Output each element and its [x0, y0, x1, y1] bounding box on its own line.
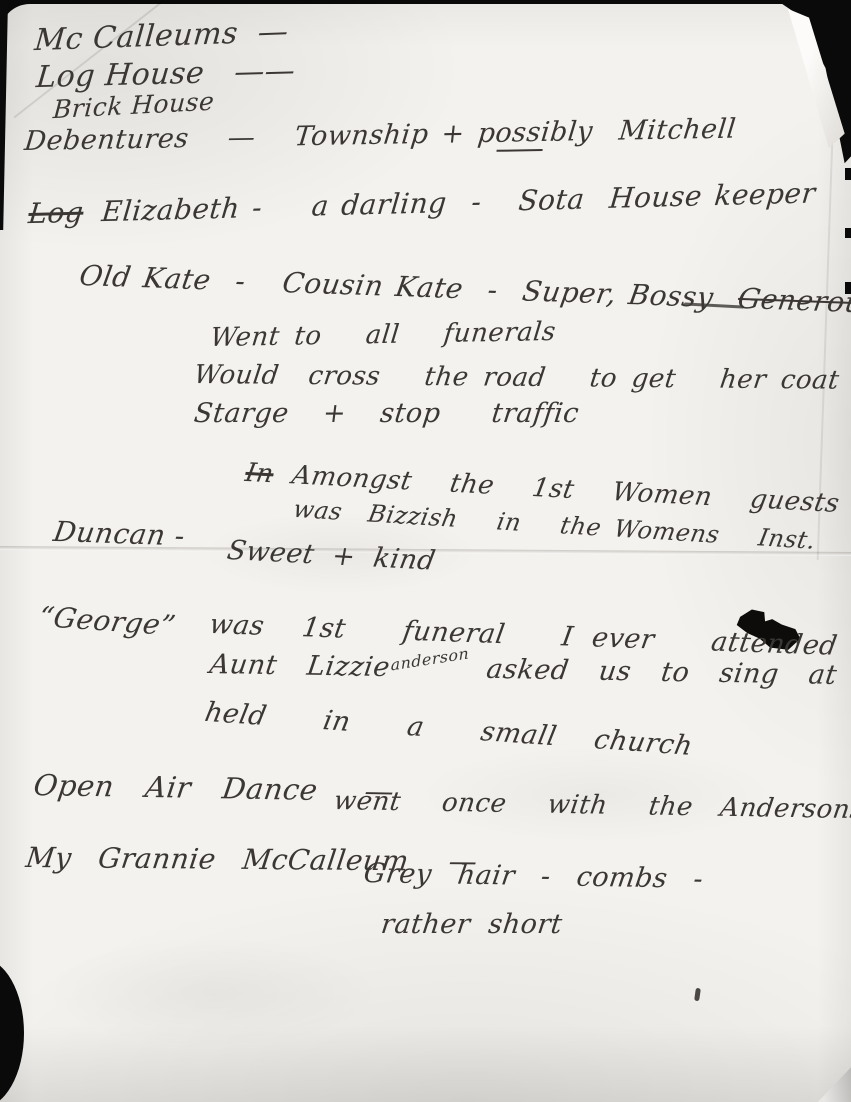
line-text: Mitchell — [591, 114, 737, 148]
right-edge-notch — [845, 228, 851, 238]
underlined-word: possibly — [476, 116, 594, 149]
handwritten-line-funerals: Went to all funerals — [209, 318, 557, 353]
scanned-page: Mc Calleums — Log House —— Brick House D… — [0, 0, 851, 1102]
right-edge-notch — [845, 168, 851, 180]
struck-word: Generous — [736, 282, 851, 320]
handwritten-line-rather-short: rather short — [379, 910, 564, 940]
line-text: Aunt Lizzie — [208, 649, 392, 683]
struck-word: In — [243, 458, 276, 489]
handwritten-line-duncan: Duncan - — [51, 517, 187, 552]
struck-word: Log — [27, 196, 85, 231]
handwritten-line-cross-road: Would cross the road to get her coat fro… — [192, 361, 851, 396]
handwritten-line-stop-traffic: Starge + stop traffic — [192, 399, 580, 429]
handwritten-line-grey-hair: Grey hair - combs - — [362, 859, 705, 895]
